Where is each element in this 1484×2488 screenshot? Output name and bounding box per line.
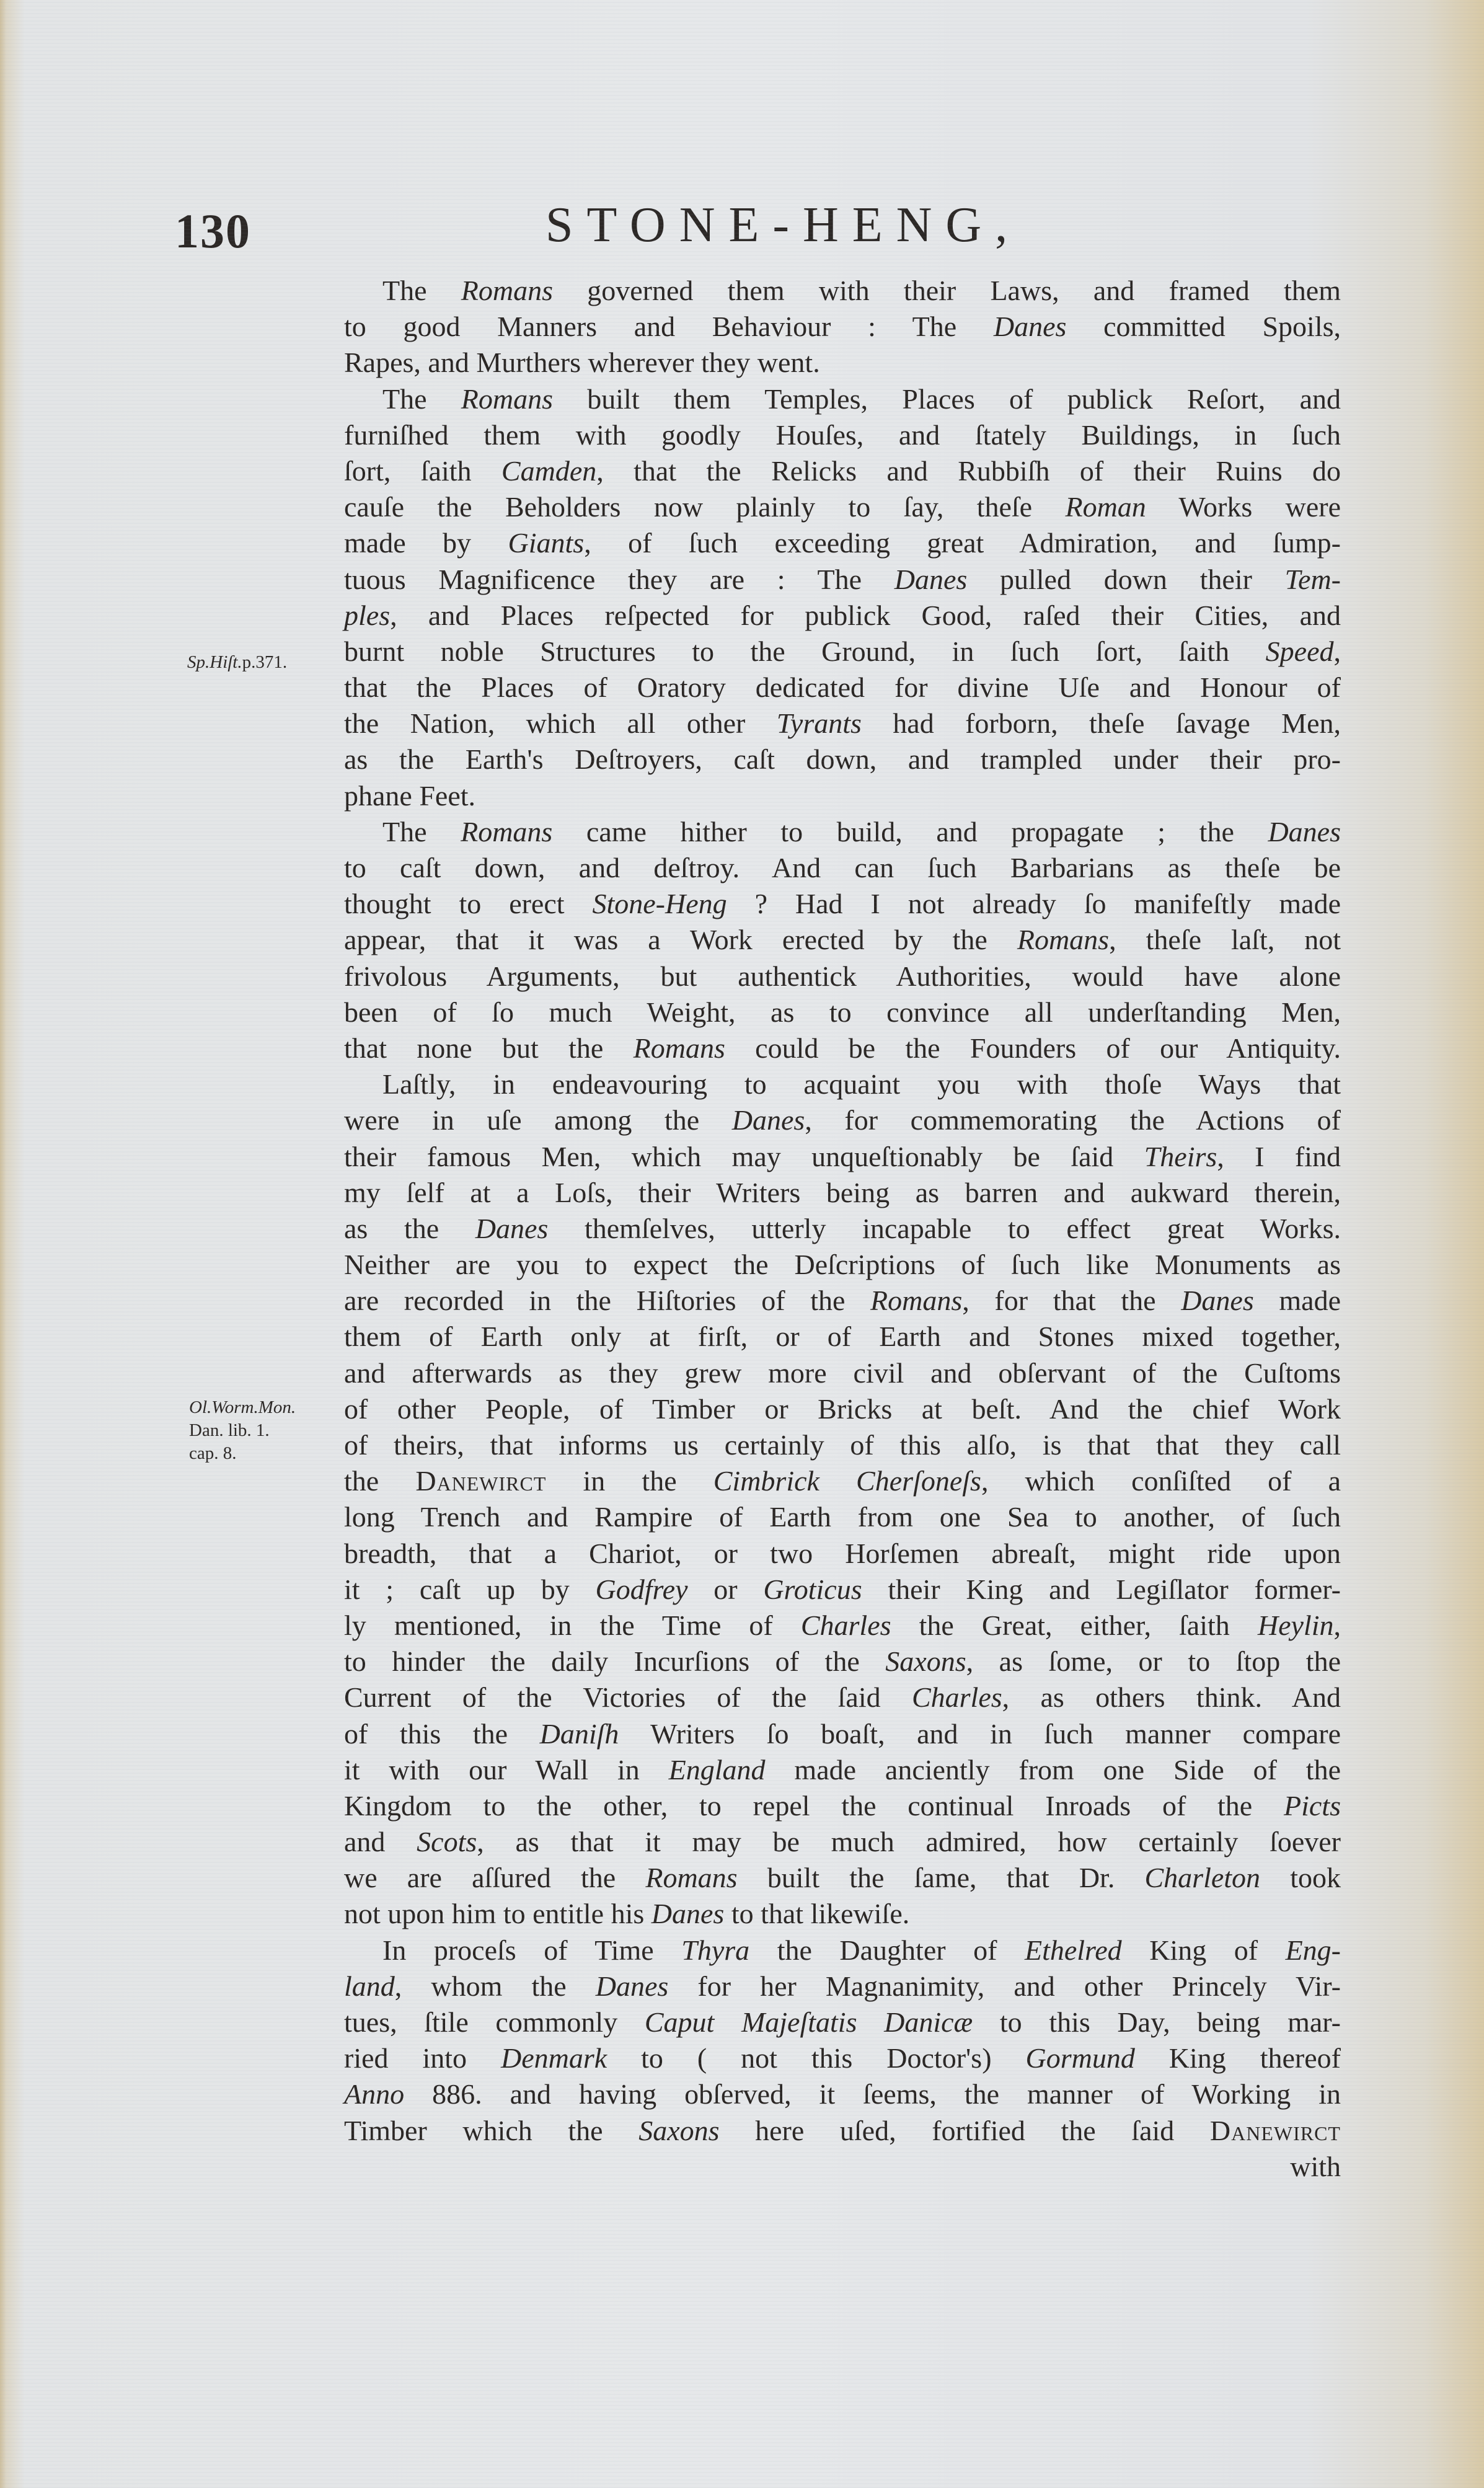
text-line: cauſe the Beholders now plainly to ſay, … — [344, 489, 1341, 525]
page-number: 130 — [175, 203, 251, 259]
text-line: not upon him to entitle his Danes to tha… — [344, 1896, 1341, 1932]
margin-note-part: p.371. — [242, 652, 288, 672]
text-line: made by Giants, of ſuch exceeding great … — [344, 525, 1341, 561]
text-line: it with our Wall in England made ancient… — [344, 1752, 1341, 1788]
text-line: been of ſo much Weight, as to convince a… — [344, 994, 1341, 1030]
text-line: to caſt down, and deſtroy. And can ſuch … — [344, 850, 1341, 886]
text-line: burnt noble Structures to the Ground, in… — [344, 634, 1341, 670]
text-line: tuous Magnificence they are : The Danes … — [344, 562, 1341, 598]
text-line: with — [344, 2149, 1341, 2185]
book-page: 130 STONE-HENG, Sp.Hiſt.p.371. Ol.Worm.M… — [0, 0, 1484, 2488]
text-line: frivolous Arguments, but authentick Auth… — [344, 958, 1341, 994]
text-line: ried into Denmark to ( not this Doctor's… — [344, 2040, 1341, 2076]
margin-note-line-text: Dan. lib. 1. — [189, 1420, 270, 1440]
text-line: them of Earth only at firſt, or of Earth… — [344, 1319, 1341, 1355]
text-line: ples, and Places reſpected for publick G… — [344, 598, 1341, 634]
text-line: and Scots, as that it may be much admire… — [344, 1824, 1341, 1860]
margin-note-line-text: Ol.Worm.Mon. — [189, 1397, 296, 1417]
text-line: phane Feet. — [344, 778, 1341, 814]
text-line: of this the Daniſh Writers ſo boaſt, and… — [344, 1716, 1341, 1752]
text-line: ly mentioned, in the Time of Charles the… — [344, 1608, 1341, 1644]
text-line: the Danewirct in the Cimbrick Cherſoneſs… — [344, 1463, 1341, 1499]
text-line: Timber which the Saxons here uſed, forti… — [344, 2113, 1341, 2149]
text-line: furniſhed them with goodly Houſes, and ſ… — [344, 417, 1341, 453]
margin-note-line: cap. 8. — [189, 1442, 296, 1465]
text-line: long Trench and Rampire of Earth from on… — [344, 1499, 1341, 1535]
text-line: are recorded in the Hiſtories of the Rom… — [344, 1283, 1341, 1319]
text-line: the Nation, which all other Tyrants had … — [344, 706, 1341, 742]
text-line: and afterwards as they grew more civil a… — [344, 1355, 1341, 1391]
text-line: to good Manners and Behaviour : The Dane… — [344, 309, 1341, 345]
text-line: Kingdom to the other, to repel the conti… — [344, 1788, 1341, 1824]
margin-note-speed-history: Sp.Hiſt.p.371. — [187, 651, 287, 674]
text-line: Neither are you to expect the Deſcriptio… — [344, 1247, 1341, 1283]
text-line: that none but the Romans could be the Fo… — [344, 1030, 1341, 1066]
text-line: that the Places of Oratory dedicated for… — [344, 670, 1341, 706]
text-line: tues, ſtile commonly Caput Majeſtatis Da… — [344, 2004, 1341, 2040]
text-line: ſort, ſaith Camden, that the Relicks and… — [344, 453, 1341, 489]
margin-note-part: Sp.Hiſt. — [187, 652, 242, 672]
text-line: Current of the Victories of the ſaid Cha… — [344, 1680, 1341, 1715]
text-line: of other People, of Timber or Bricks at … — [344, 1391, 1341, 1427]
text-line: their famous Men, which may unqueſtionab… — [344, 1139, 1341, 1175]
text-line: as the Danes themſelves, utterly incapab… — [344, 1211, 1341, 1247]
text-line: breadth, that a Chariot, or two Horſemen… — [344, 1536, 1341, 1572]
text-line: my ſelf at a Loſs, their Writers being a… — [344, 1175, 1341, 1211]
text-line: The Romans built them Temples, Places of… — [344, 381, 1341, 417]
margin-note-line: Ol.Worm.Mon. — [189, 1396, 296, 1419]
text-line: land, whom the Danes for her Magnanimity… — [344, 1968, 1341, 2004]
text-line: we are aſſured the Romans built the ſame… — [344, 1860, 1341, 1896]
margin-note-line: Dan. lib. 1. — [189, 1419, 296, 1442]
text-line: Laſtly, in endeavouring to acquaint you … — [344, 1066, 1341, 1102]
margin-note-worm: Ol.Worm.Mon. Dan. lib. 1. cap. 8. — [189, 1396, 296, 1465]
text-line: appear, that it was a Work erected by th… — [344, 922, 1341, 958]
body-text: The Romans governed them with their Laws… — [344, 273, 1341, 2185]
text-line: In proceſs of Time Thyra the Daughter of… — [344, 1932, 1341, 1968]
text-line: Anno 886. and having obſerved, it ſeems,… — [344, 2076, 1341, 2112]
text-line: The Romans came hither to build, and pro… — [344, 814, 1341, 850]
text-line: as the Earth's Deſtroyers, caſt down, an… — [344, 742, 1341, 777]
text-line: The Romans governed them with their Laws… — [344, 273, 1341, 309]
text-line: thought to erect Stone-Heng ? Had I not … — [344, 886, 1341, 922]
text-line: Rapes, and Murthers wherever they went. — [344, 345, 1341, 381]
margin-note-line-text: cap. 8. — [189, 1443, 237, 1463]
text-line: of theirs, that informs us certainly of … — [344, 1427, 1341, 1463]
text-line: it ; caſt up by Godfrey or Groticus thei… — [344, 1572, 1341, 1608]
running-head: STONE-HENG, — [545, 197, 1021, 254]
text-line: were in uſe among the Danes, for commemo… — [344, 1102, 1341, 1138]
text-line: to hinder the daily Incurſions of the Sa… — [344, 1644, 1341, 1680]
